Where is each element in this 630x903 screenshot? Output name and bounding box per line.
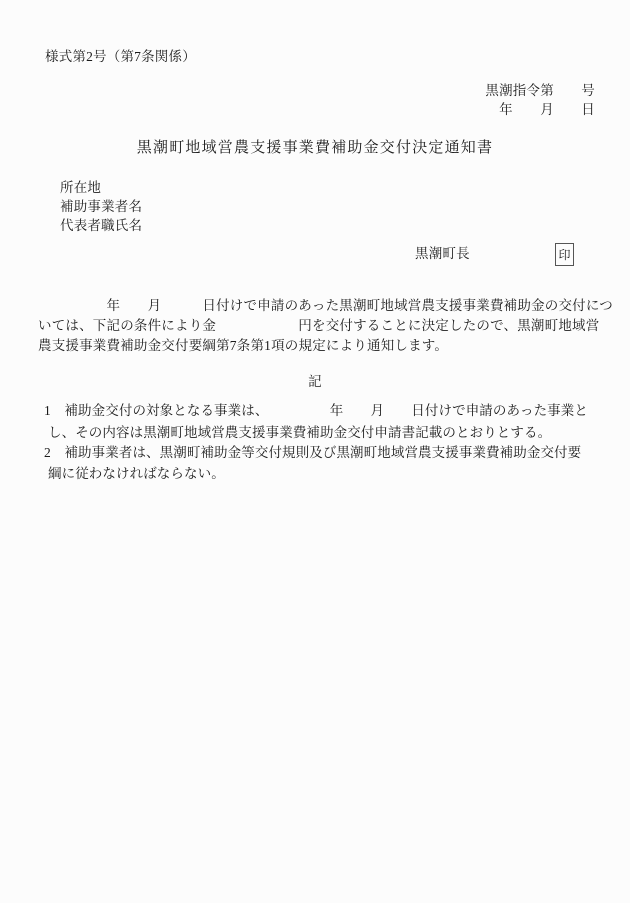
form-number: 様式第2号（第7条関係） [45,49,196,65]
document-page: 様式第2号（第7条関係） 黒潮指令第 号 年 月 日 黒潮町地域営農支援事業費補… [0,0,630,903]
addressee-location-label: 所在地 [60,180,101,196]
directive-number-line: 黒潮指令第 号 [485,83,595,99]
item-1-line-1: 1 補助金交付の対象となる事業は、 年 月 日付けで申請のあった事業と [44,403,588,419]
item-2-line-2: 綱に従わなければならない。 [48,466,225,482]
mayor-label: 黒潮町長 [415,246,470,262]
body-line: 農支援事業費補助金交付要綱第7条第1項の規定により通知します。 [38,338,448,354]
note-heading: 記 [0,370,630,390]
seal-character: 印 [558,249,570,261]
item-2-line-1: 2 補助事業者は、黒潮町補助金等交付規則及び黒潮町地域営農支援事業費補助金交付要 [44,445,581,461]
item-1-line-2: し、その内容は黒潮町地域営農支援事業費補助金交付申請書記載のとおりとする。 [48,425,551,441]
addressee-representative-label: 代表者職氏名 [60,218,142,234]
addressee-business-name-label: 補助事業者名 [60,199,142,215]
document-title: 黒潮町地域営農支援事業費補助金交付決定通知書 [0,136,630,157]
seal-box: 印 [555,243,574,266]
body-line: 年 月 日付けで申請のあった黒潮町地域営農支援事業費補助金の交付につ [38,298,613,314]
date-line: 年 月 日 [499,102,595,118]
body-line: いては、下記の条件により金 円を交付することに決定したので、黒潮町地域営 [38,318,599,334]
